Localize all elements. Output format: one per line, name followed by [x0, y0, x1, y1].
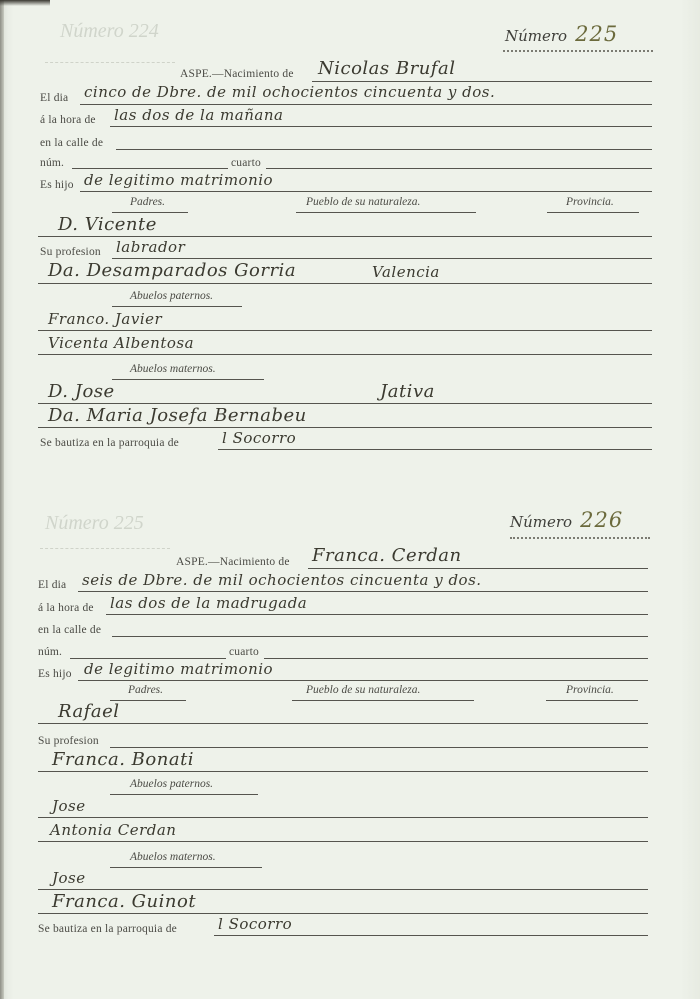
caption-line [112, 306, 242, 307]
caption-line [296, 212, 476, 213]
col-header-pueblo: Pueblo de su naturaleza. [306, 684, 420, 696]
caption-line [112, 212, 188, 213]
field-line [72, 168, 228, 169]
col-header-provincia: Provincia. [566, 196, 614, 208]
field-line [70, 658, 226, 659]
bleed-through-text: Número 224 [60, 20, 159, 43]
abuelos-paternos-caption: Abuelos paternos. [130, 290, 213, 302]
caption-line [547, 212, 639, 213]
ornamental-rule [503, 50, 653, 52]
field-line [110, 747, 648, 748]
entry-number: Número225 [505, 22, 618, 46]
numero-value: 226 [580, 508, 623, 532]
col-header-pueblo: Pueblo de su naturaleza. [306, 196, 420, 208]
field-line [266, 168, 652, 169]
caption-line [110, 700, 186, 701]
parroquia-label: Se bautiza en la parroquia de [38, 923, 177, 997]
parish: l Socorro [218, 915, 292, 996]
caption-line [110, 794, 258, 795]
field-line [38, 817, 648, 818]
entry-number: Número226 [510, 508, 623, 532]
caption-line [292, 700, 474, 701]
abuelos-maternos-caption: Abuelos maternos. [130, 851, 216, 863]
col-header-padres: Padres. [130, 196, 165, 208]
scan-shadow [0, 0, 50, 6]
field-line [38, 889, 648, 890]
numero-label: Número [505, 27, 567, 45]
field-line [112, 258, 652, 259]
col-header-provincia: Provincia. [566, 684, 614, 696]
page-binding-edge [0, 0, 4, 999]
register-page: Número 224 Número 225 Número225 ASPE.—Na… [0, 0, 700, 999]
field-line [112, 636, 648, 637]
caption-line [546, 700, 638, 701]
col-header-padres: Padres. [128, 684, 163, 696]
bleed-through-line [45, 62, 175, 63]
numero-value: 225 [575, 22, 618, 46]
field-line [38, 403, 652, 404]
ornamental-rule [510, 537, 650, 539]
field-line [38, 723, 648, 724]
field-line [264, 658, 648, 659]
abuelos-paternos-caption: Abuelos paternos. [130, 778, 213, 790]
caption-line [110, 867, 262, 868]
caption-line [112, 379, 264, 380]
field-line [116, 149, 652, 150]
abuelos-maternos-caption: Abuelos maternos. [130, 363, 216, 375]
numero-label: Número [510, 513, 572, 531]
